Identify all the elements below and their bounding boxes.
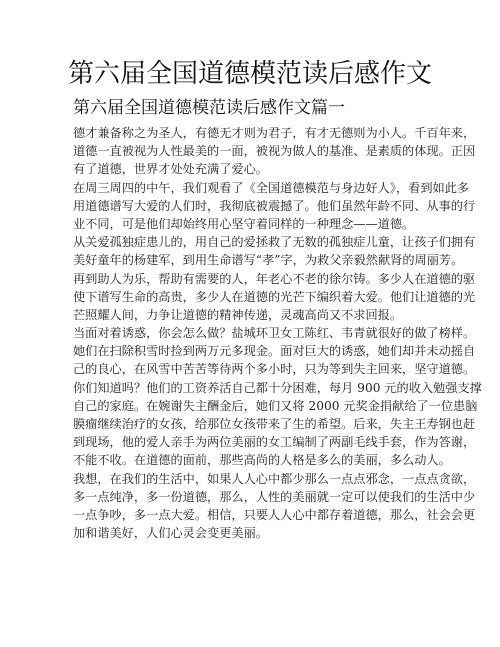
text-line: 她们在扫除积雪时捡到两万元多现金。面对巨大的诱惑，她们却并未动摇自	[73, 342, 429, 360]
text-line: 加和谐美好，人们心灵会变更美丽。	[73, 524, 429, 542]
document-page: 第六届全国道德模范读后感作文 第六届全国道德模范读后感作文篇一 德才兼备称之为圣…	[0, 0, 500, 647]
text-line: 芒照耀人间，力争让道德的精神传递，灵魂高尚又不求回报。	[73, 306, 429, 324]
text-line: 在周三周四的中午，我们观看了《全国道德模范与身边好人》，看到如此多	[73, 179, 429, 197]
text-line: 膜瘤继续治疗的女孩，给那位女孩带来了生的希望。后来，失主王寿钢也赶	[73, 415, 429, 433]
text-line: 有了道德，世界才处处充满了爱心。	[73, 160, 429, 178]
section-heading: 第六届全国道德模范读后感作文篇一	[73, 97, 345, 119]
text-line: 使下谱写生命的高贵，多少人在道德的光芒下编织着大爱。他们让道德的光	[73, 288, 429, 306]
text-line: 你们知道吗？他们的工资养活自己都十分困难，每月 900 元的收入勉强支撑	[73, 379, 429, 397]
text-line: 到现场，他的爱人亲手为两位美丽的女工编制了两副毛线手套，作为答谢，	[73, 433, 429, 451]
text-line: 从关爱孤独症患儿的，用自己的爱拯救了无数的孤独症儿童，让孩子们拥有	[73, 233, 429, 251]
text-line: 用道德谱写大爱的人们时，我彻底被震撼了。他们虽然年龄不同、从事的行	[73, 197, 429, 215]
text-line: 一点争吵，多一点大爱。相信，只要人人心中都存着道德，那么，社会会更	[73, 506, 429, 524]
text-line: 德才兼备称之为圣人，有德无才则为君子，有才无德则为小人。千百年来，	[73, 124, 429, 142]
text-line: 美好童年的杨建军，到用生命谱写“孝”字，为救父亲毅然献肾的周丽芳。	[73, 251, 429, 269]
text-line: 自己的家庭。在婉谢失主酬金后，她们又将 2000 元奖金捐献给了一位患脑	[73, 397, 429, 415]
document-title: 第六届全国道德模范读后感作文	[0, 58, 500, 90]
text-line: 我想，在我们的生活中，如果人人心中都少那么一点点邪念，一点点贪欲，	[73, 470, 429, 488]
text-line: 己的良心，在风雪中苦苦等待两个多小时，只为等到失主回来，坚守道德。	[73, 360, 429, 378]
document-body: 德才兼备称之为圣人，有德无才则为君子，有才无德则为小人。千百年来， 道德一直被视…	[73, 124, 429, 542]
text-line: 道德一直被视为人性最美的一面，被视为做人的基准、是素质的体现。正因	[73, 142, 429, 160]
text-line: 再到助人为乐，帮助有需要的人，年老心不老的徐尔铸。多少人在道德的驱	[73, 270, 429, 288]
text-line: 不能不收。在道德的面前，那些高尚的人格是多么的美丽，多么动人。	[73, 451, 429, 469]
text-line: 多一点纯净，多一份道德，那么，人性的美丽就一定可以使我们的生活中少	[73, 488, 429, 506]
text-line: 当面对着诱惑，你会怎么做？盐城环卫女工陈红、韦青就很好的做了榜样。	[73, 324, 429, 342]
text-line: 业不同，可是他们却始终用心坚守着同样的一种理念——道德。	[73, 215, 429, 233]
